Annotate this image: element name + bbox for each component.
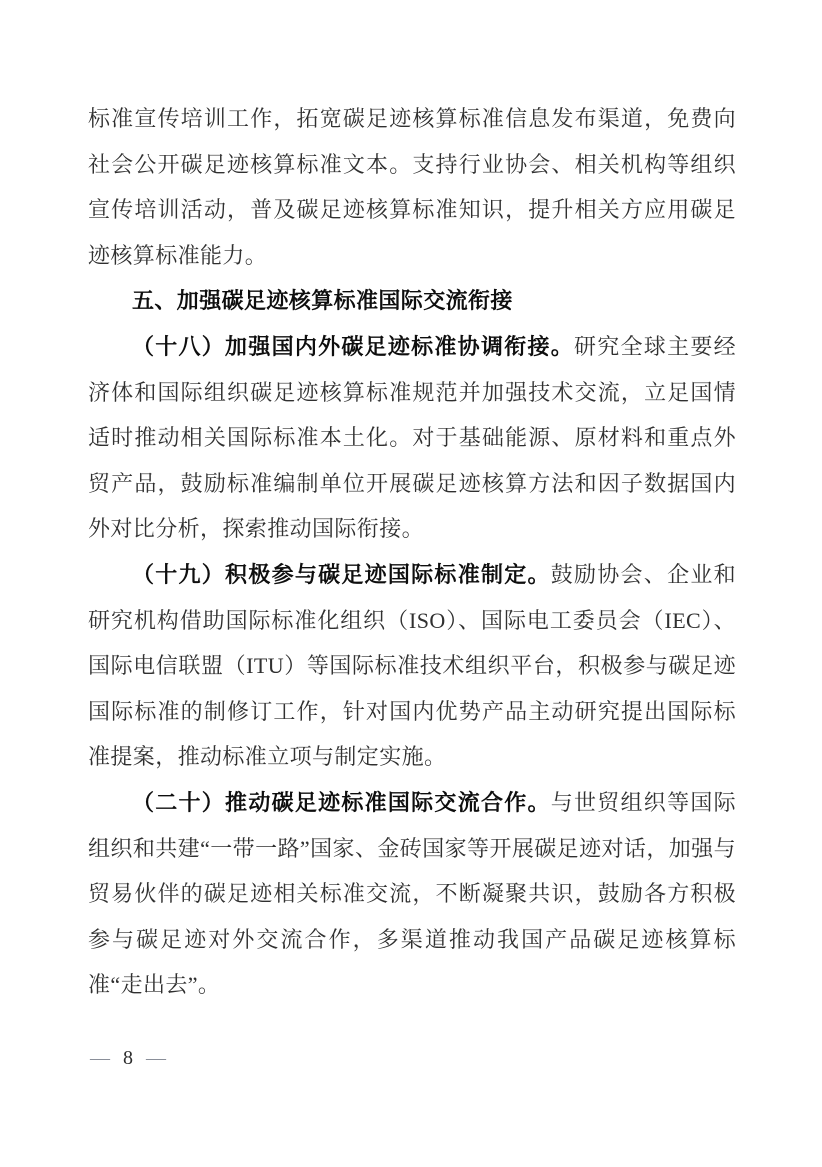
paragraph-continuation: 标准宣传培训工作，拓宽碳足迹核算标准信息发布渠道，免费向社会公开碳足迹核算标准文…	[88, 96, 736, 278]
document-page: 标准宣传培训工作，拓宽碳足迹核算标准信息发布渠道，免费向社会公开碳足迹核算标准文…	[0, 0, 822, 1167]
paragraph-text: 与世贸组织等国际组织和共建“一带一路”国家、金砖国家等开展碳足迹对话，加强与贸易…	[88, 790, 736, 997]
paragraph-lead: （十九）积极参与碳足迹国际标准制定。	[132, 562, 551, 587]
paragraph-item-18: （十八）加强国内外碳足迹标准协调衔接。研究全球主要经济体和国际组织碳足迹核算标准…	[88, 324, 736, 552]
document-body: 标准宣传培训工作，拓宽碳足迹核算标准信息发布渠道，免费向社会公开碳足迹核算标准文…	[88, 96, 736, 1008]
paragraph-item-20: （二十）推动碳足迹标准国际交流合作。与世贸组织等国际组织和共建“一带一路”国家、…	[88, 780, 736, 1008]
section-heading-text: 五、加强碳足迹核算标准国际交流衔接	[132, 288, 513, 313]
section-heading: 五、加强碳足迹核算标准国际交流衔接	[88, 278, 736, 324]
footer-right-dash: —	[146, 1044, 166, 1072]
page-number: 8	[123, 1044, 133, 1072]
paragraph-text: 标准宣传培训工作，拓宽碳足迹核算标准信息发布渠道，免费向社会公开碳足迹核算标准文…	[88, 106, 736, 268]
page-footer: — 8 —	[90, 1044, 166, 1072]
paragraph-text: 研究全球主要经济体和国际组织碳足迹核算标准规范并加强技术交流，立足国情适时推动相…	[88, 334, 736, 541]
paragraph-lead: （十八）加强国内外碳足迹标准协调衔接。	[132, 334, 574, 359]
footer-left-dash: —	[90, 1044, 110, 1072]
paragraph-lead: （二十）推动碳足迹标准国际交流合作。	[132, 790, 551, 815]
paragraph-item-19: （十九）积极参与碳足迹国际标准制定。鼓励协会、企业和研究机构借助国际标准化组织（…	[88, 552, 736, 780]
paragraph-text: 鼓励协会、企业和研究机构借助国际标准化组织（ISO）、国际电工委员会（IEC）、…	[88, 562, 736, 769]
